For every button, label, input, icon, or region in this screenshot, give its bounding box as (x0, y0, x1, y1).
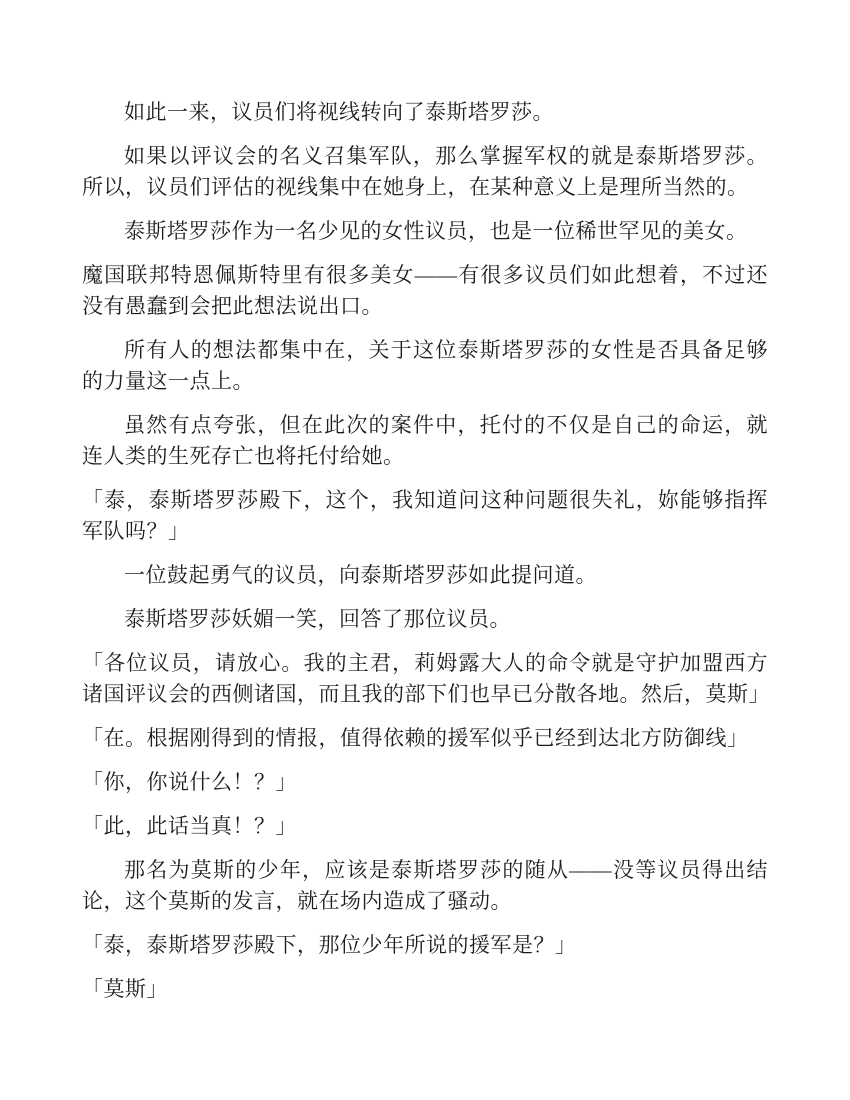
paragraph-8: 一位鼓起勇气的议员，向泰斯塔罗莎如此提问道。 (82, 560, 768, 591)
paragraph-4: 魔国联邦特恩佩斯特里有很多美女——有很多议员们如此想着，不过还没有愚蠢到会把此想… (82, 260, 768, 322)
paragraph-6: 虽然有点夸张，但在此次的案件中，托付的不仅是自己的命运，就连人类的生死存亡也将托… (82, 410, 768, 472)
paragraph-12-dialogue: 「你，你说什么！？」 (82, 767, 768, 798)
paragraph-13-dialogue: 「此，此话当真！？」 (82, 811, 768, 842)
page-text: 如此一来，议员们将视线转向了泰斯塔罗莎。 如果以评议会的名义召集军队，那么掌握军… (82, 97, 768, 1018)
paragraph-1: 如此一来，议员们将视线转向了泰斯塔罗莎。 (82, 97, 768, 128)
paragraph-9: 泰斯塔罗莎妖媚一笑，回答了那位议员。 (82, 604, 768, 635)
paragraph-11-dialogue: 「在。根据刚得到的情报，值得依赖的援军似乎已经到达北方防御线」 (82, 723, 768, 754)
paragraph-3: 泰斯塔罗莎作为一名少见的女性议员，也是一位稀世罕见的美女。 (82, 216, 768, 247)
paragraph-5: 所有人的想法都集中在，关于这位泰斯塔罗莎的女性是否具备足够的力量这一点上。 (82, 335, 768, 397)
document-page: 如此一来，议员们将视线转向了泰斯塔罗莎。 如果以评议会的名义召集军队，那么掌握军… (0, 0, 850, 1100)
paragraph-10-dialogue: 「各位议员，请放心。我的主君，莉姆露大人的命令就是守护加盟西方诸国评议会的西侧诸… (82, 648, 768, 710)
paragraph-16-dialogue: 「莫斯」 (82, 974, 768, 1005)
paragraph-15-dialogue: 「泰，泰斯塔罗莎殿下，那位少年所说的援军是？」 (82, 930, 768, 961)
paragraph-14: 那名为莫斯的少年，应该是泰斯塔罗莎的随从——没等议员得出结论，这个莫斯的发言，就… (82, 855, 768, 917)
paragraph-2: 如果以评议会的名义召集军队，那么掌握军权的就是泰斯塔罗莎。所以，议员们评估的视线… (82, 141, 768, 203)
paragraph-7-dialogue: 「泰，泰斯塔罗莎殿下，这个，我知道问这种问题很失礼，妳能够指挥军队吗？」 (82, 485, 768, 547)
